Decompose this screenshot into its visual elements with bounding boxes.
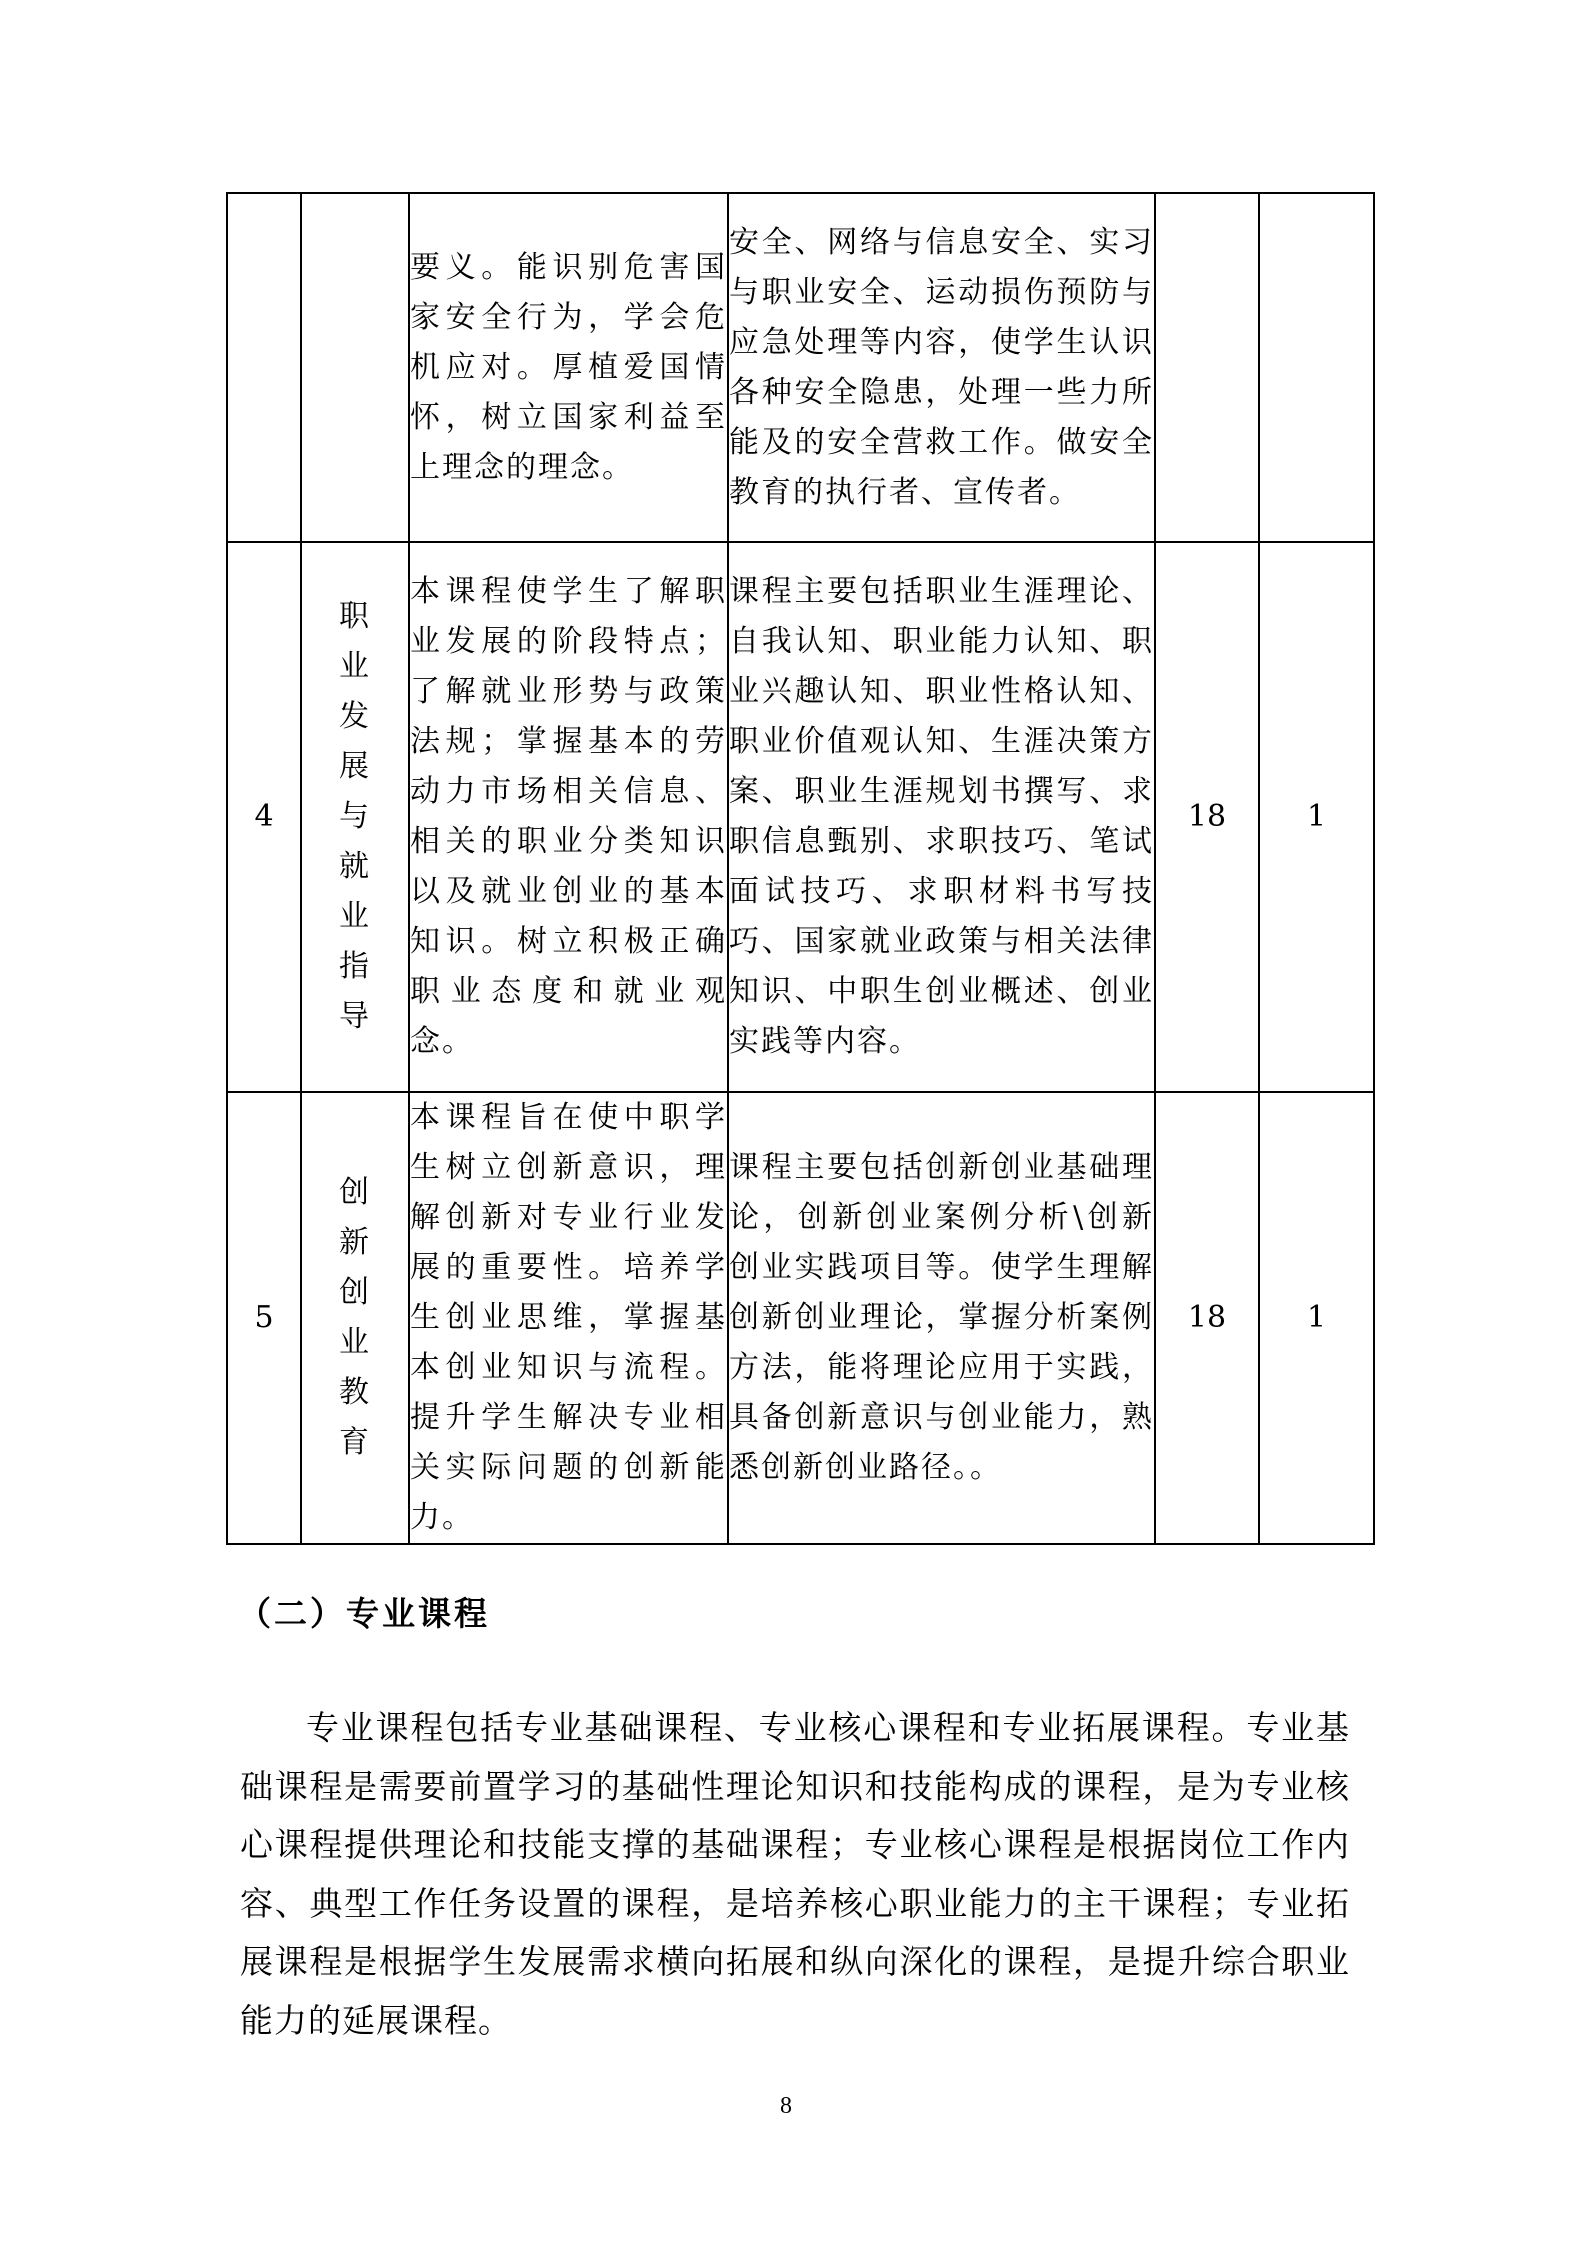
course-credits-cell: 1 (1259, 542, 1374, 1092)
course-content-cell: 安全、网络与信息安全、实习与职业安全、运动损伤预防与应急处理等内容，使学生认识各… (728, 193, 1155, 542)
course-name-cell: 创新创业教育 (301, 1092, 409, 1544)
course-hours-cell (1155, 193, 1259, 542)
course-hours-cell: 18 (1155, 542, 1259, 1092)
course-goal-cell: 本课程旨在使中职学生树立创新意识，理解创新对专业行业发展的重要性。培养学生创业思… (409, 1092, 728, 1544)
course-name: 创新创业教育 (324, 1168, 386, 1468)
course-table: 要义。能识别危害国家安全行为，学会危机应对。厚植爱国情怀，树立国家利益至上理念的… (226, 192, 1375, 1545)
document-page: 要义。能识别危害国家安全行为，学会危机应对。厚植爱国情怀，树立国家利益至上理念的… (0, 0, 1587, 2245)
course-goal-cell: 本课程使学生了解职业发展的阶段特点；了解就业形势与政策法规；掌握基本的劳动力市场… (409, 542, 728, 1092)
course-name: 职业发展与就业指导 (324, 592, 386, 1042)
page-number: 8 (780, 2093, 792, 2120)
table-row: 5 创新创业教育 本课程旨在使中职学生树立创新意识，理解创新对专业行业发展的重要… (227, 1092, 1374, 1544)
course-name-cell: 职业发展与就业指导 (301, 542, 409, 1092)
course-goal-cell: 要义。能识别危害国家安全行为，学会危机应对。厚植爱国情怀，树立国家利益至上理念的… (409, 193, 728, 542)
course-hours-cell: 18 (1155, 1092, 1259, 1544)
table-row: 4 职业发展与就业指导 本课程使学生了解职业发展的阶段特点；了解就业形势与政策法… (227, 542, 1374, 1092)
course-credits-cell (1259, 193, 1374, 542)
course-name-cell (301, 193, 409, 542)
course-number-cell: 5 (227, 1092, 301, 1544)
course-content-cell: 课程主要包括创新创业基础理论，创新创业案例分析\创新创业实践项目等。使学生理解创… (728, 1092, 1155, 1544)
body-paragraph: 专业课程包括专业基础课程、专业核心课程和专业拓展课程。专业基础课程是需要前置学习… (240, 1699, 1350, 2050)
course-number-cell (227, 193, 301, 542)
section-heading: （二）专业课程 (238, 1588, 490, 1635)
course-number-cell: 4 (227, 542, 301, 1092)
course-content-cell: 课程主要包括职业生涯理论、自我认知、职业能力认知、职业兴趣认知、职业性格认知、职… (728, 542, 1155, 1092)
course-credits-cell: 1 (1259, 1092, 1374, 1544)
table-row: 要义。能识别危害国家安全行为，学会危机应对。厚植爱国情怀，树立国家利益至上理念的… (227, 193, 1374, 542)
